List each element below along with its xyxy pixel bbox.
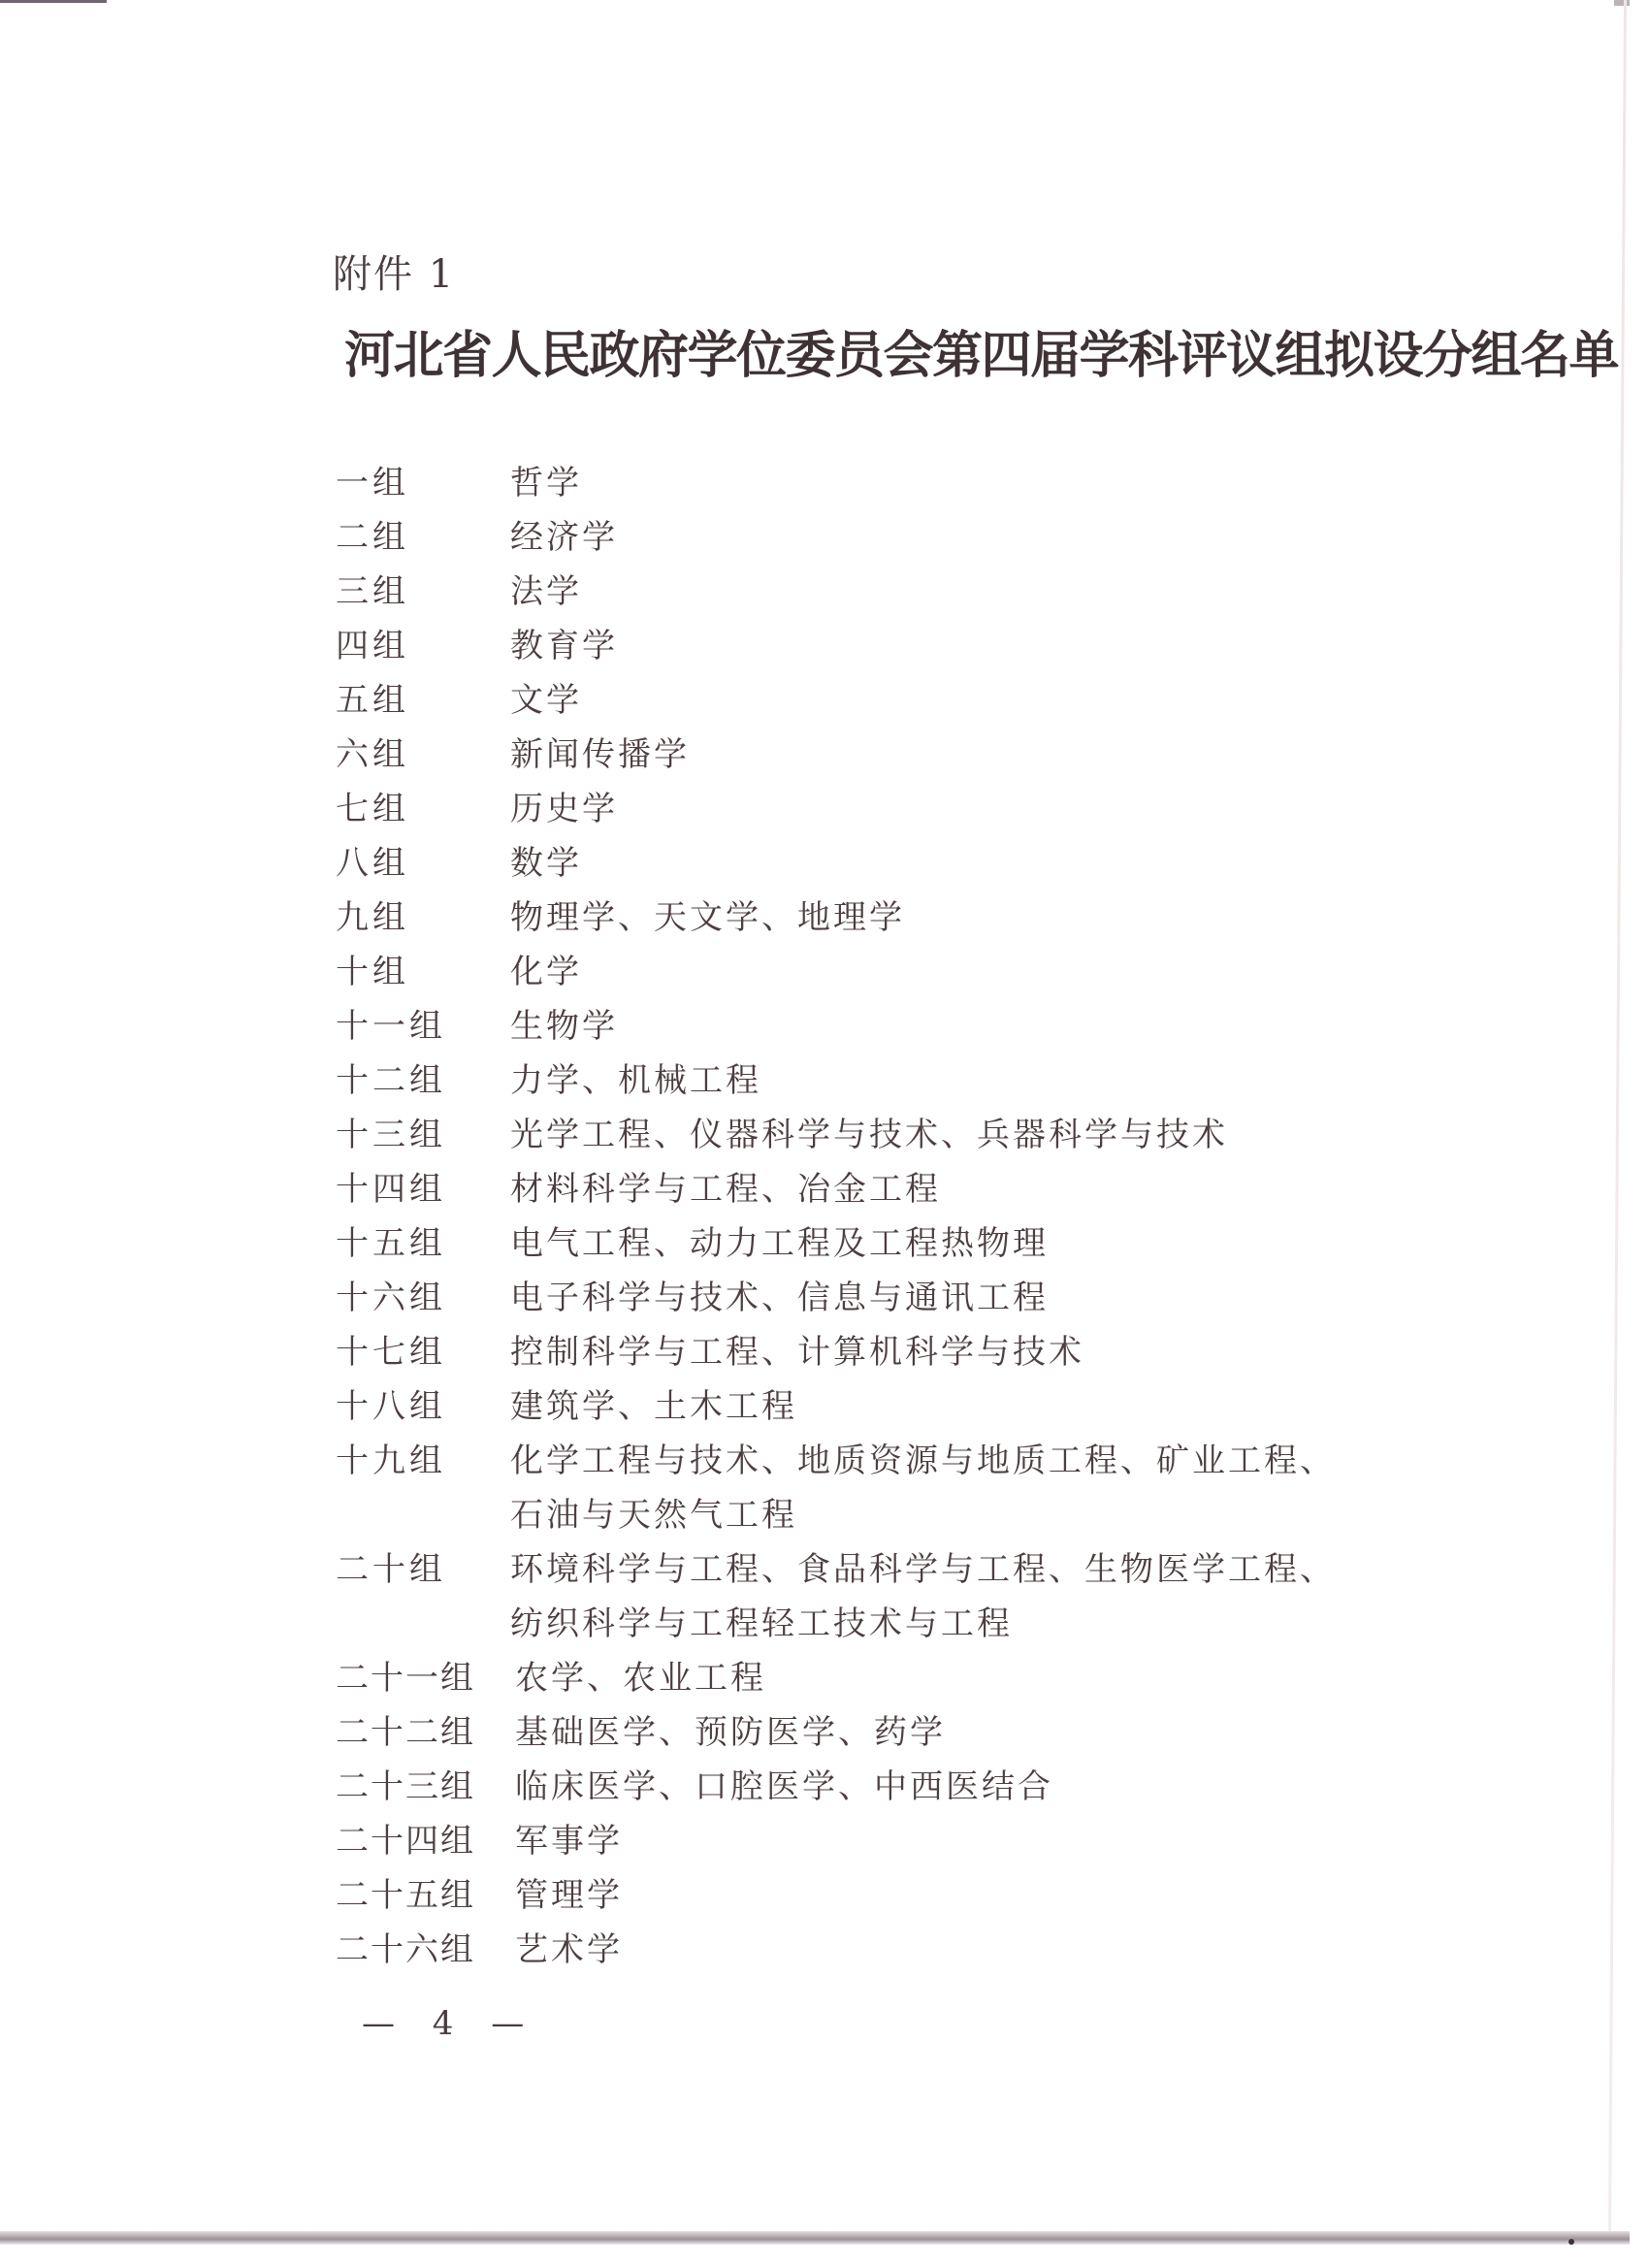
group-row: 八组数学 <box>336 836 1500 891</box>
group-row: 五组文学 <box>336 673 1500 728</box>
group-subject-line: 教育学 <box>510 619 1500 673</box>
group-row: 三组法学 <box>336 565 1500 619</box>
group-name: 二十三组 <box>336 1760 515 1814</box>
group-subject-line: 物理学、天文学、地理学 <box>510 891 1500 945</box>
group-subjects: 历史学 <box>510 782 1500 836</box>
group-subjects: 临床医学、口腔医学、中西医结合 <box>515 1760 1500 1814</box>
group-row: 二十五组管理学 <box>336 1868 1500 1923</box>
group-subject-line: 艺术学 <box>515 1923 1500 1977</box>
group-name: 十八组 <box>336 1379 510 1434</box>
group-subject-line: 化学 <box>510 945 1500 999</box>
group-row: 二十四组军事学 <box>336 1814 1500 1868</box>
group-row: 四组教育学 <box>336 619 1500 673</box>
group-subjects: 光学工程、仪器科学与技术、兵器科学与技术 <box>510 1108 1500 1162</box>
group-subjects: 法学 <box>510 565 1500 619</box>
group-row: 七组历史学 <box>336 782 1500 836</box>
group-row: 二十六组艺术学 <box>336 1923 1500 1977</box>
group-row: 六组新闻传播学 <box>336 728 1500 782</box>
attachment-label: 附件 1 <box>333 250 455 299</box>
group-subject-line: 基础医学、预防医学、药学 <box>515 1705 1500 1760</box>
group-subject-line: 石油与天然气工程 <box>510 1488 1500 1542</box>
group-name: 二十六组 <box>336 1923 515 1977</box>
group-row: 九组物理学、天文学、地理学 <box>336 891 1500 945</box>
group-subjects: 新闻传播学 <box>510 728 1500 782</box>
group-subjects: 物理学、天文学、地理学 <box>510 891 1500 945</box>
group-name: 二十二组 <box>336 1705 515 1760</box>
group-row: 十七组控制科学与工程、计算机科学与技术 <box>336 1325 1500 1379</box>
scan-edge-mark <box>1614 0 1630 6</box>
group-row: 十六组电子科学与技术、信息与通讯工程 <box>336 1271 1500 1325</box>
group-subject-line: 生物学 <box>510 999 1500 1053</box>
group-subjects: 文学 <box>510 673 1500 728</box>
group-subject-line: 光学工程、仪器科学与技术、兵器科学与技术 <box>510 1108 1500 1162</box>
group-row: 十二组力学、机械工程 <box>336 1053 1500 1108</box>
scan-speck <box>1568 2239 1574 2245</box>
group-subjects: 电气工程、动力工程及工程热物理 <box>510 1216 1500 1271</box>
group-subject-line: 电气工程、动力工程及工程热物理 <box>510 1216 1500 1271</box>
group-name: 二组 <box>336 510 510 565</box>
group-subjects: 农学、农业工程 <box>515 1651 1500 1705</box>
group-name: 十三组 <box>336 1108 510 1162</box>
group-subjects: 经济学 <box>510 510 1500 565</box>
group-subject-line: 农学、农业工程 <box>515 1651 1500 1705</box>
group-name: 二十一组 <box>336 1651 515 1705</box>
group-subject-line: 军事学 <box>515 1814 1500 1868</box>
group-subjects: 管理学 <box>515 1868 1500 1923</box>
group-subject-line: 环境科学与工程、食品科学与工程、生物医学工程、 <box>510 1542 1500 1597</box>
group-subject-line: 管理学 <box>515 1868 1500 1923</box>
group-subject-line: 新闻传播学 <box>510 728 1500 782</box>
group-row: 十组化学 <box>336 945 1500 999</box>
group-subjects: 基础医学、预防医学、药学 <box>515 1705 1500 1760</box>
group-name: 十四组 <box>336 1162 510 1216</box>
group-name: 五组 <box>336 673 510 728</box>
group-name: 十二组 <box>336 1053 510 1108</box>
group-subjects: 化学工程与技术、地质资源与地质工程、矿业工程、石油与天然气工程 <box>510 1434 1500 1542</box>
group-row: 二十组环境科学与工程、食品科学与工程、生物医学工程、纺织科学与工程轻工技术与工程 <box>336 1542 1500 1651</box>
group-subjects: 哲学 <box>510 456 1500 510</box>
group-row: 二十三组临床医学、口腔医学、中西医结合 <box>336 1760 1500 1814</box>
group-subject-line: 文学 <box>510 673 1500 728</box>
group-subjects: 数学 <box>510 836 1500 891</box>
group-subjects: 控制科学与工程、计算机科学与技术 <box>510 1325 1500 1379</box>
group-name: 三组 <box>336 565 510 619</box>
group-name: 八组 <box>336 836 510 891</box>
group-subjects: 教育学 <box>510 619 1500 673</box>
group-subjects: 力学、机械工程 <box>510 1053 1500 1108</box>
group-subjects: 材料科学与工程、冶金工程 <box>510 1162 1500 1216</box>
group-name: 九组 <box>336 891 510 945</box>
group-row: 二十二组基础医学、预防医学、药学 <box>336 1705 1500 1760</box>
group-name: 七组 <box>336 782 510 836</box>
group-name: 四组 <box>336 619 510 673</box>
scan-page-edge <box>0 2231 1630 2245</box>
group-name: 六组 <box>336 728 510 782</box>
group-subject-line: 控制科学与工程、计算机科学与技术 <box>510 1325 1500 1379</box>
group-name: 二十四组 <box>336 1814 515 1868</box>
group-row: 十五组电气工程、动力工程及工程热物理 <box>336 1216 1500 1271</box>
group-subject-line: 法学 <box>510 565 1500 619</box>
group-name: 十六组 <box>336 1271 510 1325</box>
scan-edge-mark <box>0 0 107 3</box>
group-subject-line: 数学 <box>510 836 1500 891</box>
group-name: 十五组 <box>336 1216 510 1271</box>
group-subjects: 军事学 <box>515 1814 1500 1868</box>
group-subjects: 生物学 <box>510 999 1500 1053</box>
group-subjects: 化学 <box>510 945 1500 999</box>
group-row: 二组经济学 <box>336 510 1500 565</box>
group-subject-line: 纺织科学与工程轻工技术与工程 <box>510 1597 1500 1651</box>
group-subject-line: 临床医学、口腔医学、中西医结合 <box>515 1760 1500 1814</box>
group-subjects: 电子科学与技术、信息与通讯工程 <box>510 1271 1500 1325</box>
group-row: 十九组化学工程与技术、地质资源与地质工程、矿业工程、石油与天然气工程 <box>336 1434 1500 1542</box>
group-subject-line: 力学、机械工程 <box>510 1053 1500 1108</box>
group-subject-line: 电子科学与技术、信息与通讯工程 <box>510 1271 1500 1325</box>
group-row: 十一组生物学 <box>336 999 1500 1053</box>
group-name: 十七组 <box>336 1325 510 1379</box>
group-row: 一组哲学 <box>336 456 1500 510</box>
group-subjects: 艺术学 <box>515 1923 1500 1977</box>
group-name: 二十五组 <box>336 1868 515 1923</box>
group-name: 十九组 <box>336 1434 510 1488</box>
group-row: 十八组建筑学、土木工程 <box>336 1379 1500 1434</box>
group-name: 十组 <box>336 945 510 999</box>
page-number: — 4 — <box>362 2004 537 2043</box>
group-subject-line: 建筑学、土木工程 <box>510 1379 1500 1434</box>
group-subject-line: 化学工程与技术、地质资源与地质工程、矿业工程、 <box>510 1434 1500 1488</box>
group-list: 一组哲学二组经济学三组法学四组教育学五组文学六组新闻传播学七组历史学八组数学九组… <box>336 456 1500 1977</box>
group-name: 二十组 <box>336 1542 510 1597</box>
group-row: 十四组材料科学与工程、冶金工程 <box>336 1162 1500 1216</box>
group-row: 十三组光学工程、仪器科学与技术、兵器科学与技术 <box>336 1108 1500 1162</box>
group-subject-line: 哲学 <box>510 456 1500 510</box>
group-name: 一组 <box>336 456 510 510</box>
group-name: 十一组 <box>336 999 510 1053</box>
document-title: 河北省人民政府学位委员会第四届学科评议组拟设分组名单 <box>344 325 1618 387</box>
group-subject-line: 材料科学与工程、冶金工程 <box>510 1162 1500 1216</box>
group-subjects: 环境科学与工程、食品科学与工程、生物医学工程、纺织科学与工程轻工技术与工程 <box>510 1542 1500 1651</box>
group-subject-line: 历史学 <box>510 782 1500 836</box>
group-row: 二十一组农学、农业工程 <box>336 1651 1500 1705</box>
group-subjects: 建筑学、土木工程 <box>510 1379 1500 1434</box>
group-subject-line: 经济学 <box>510 510 1500 565</box>
